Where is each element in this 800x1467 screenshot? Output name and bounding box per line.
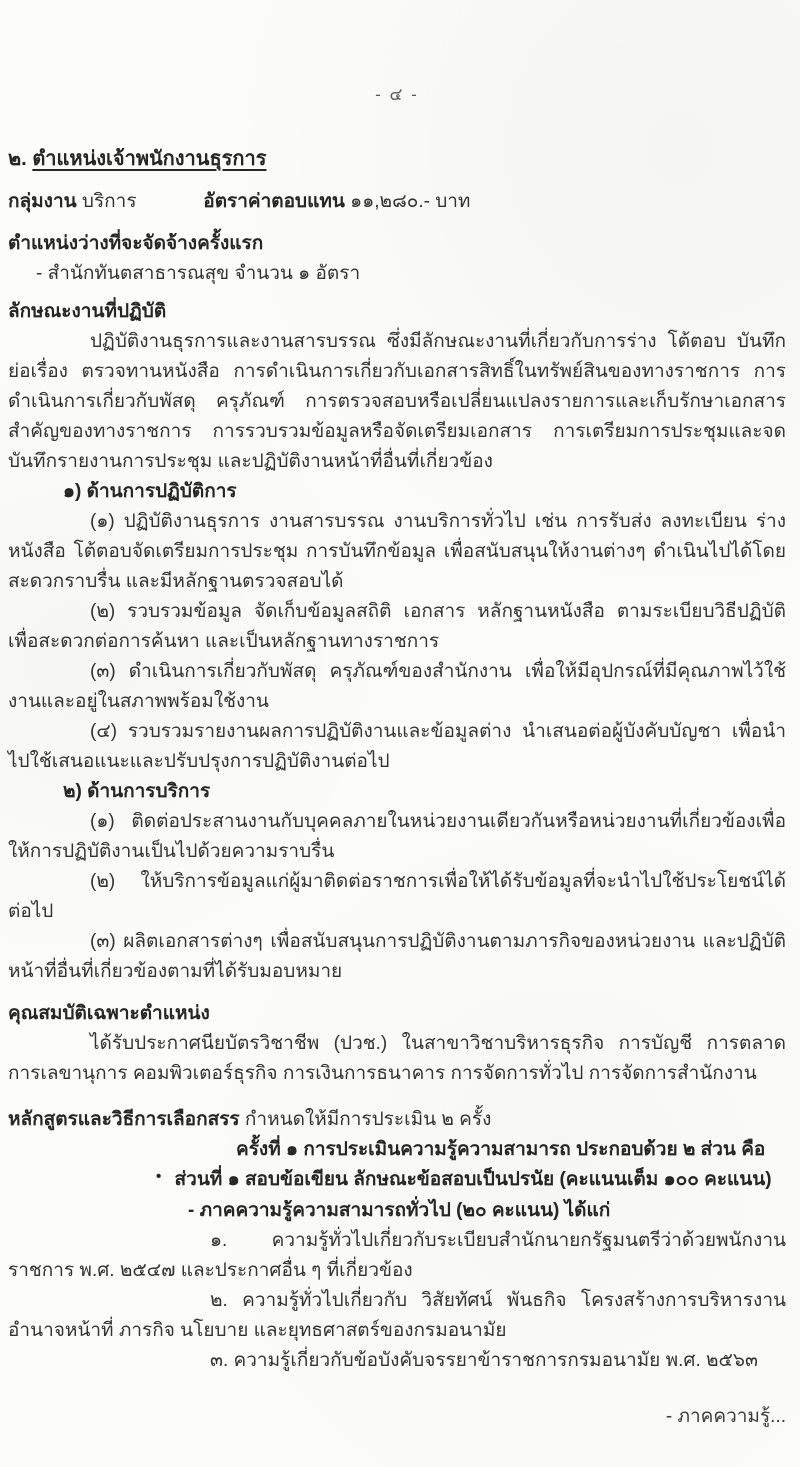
general-knowledge-line: - ภาคความรู้ความสามารถทั่วไป (๒๐ คะแนน) …	[8, 1196, 786, 1226]
duties-intro: ปฏิบัติงานธุรการและงานสารบรรณ ซึ่งมีลักษ…	[8, 327, 786, 477]
salary-value: ๑๑,๒๘๐.- บาท	[350, 191, 470, 212]
bullet-icon: •	[156, 1162, 161, 1192]
selection-heading: หลักสูตรและวิธีการเลือกสรร	[8, 1109, 240, 1130]
salary-label: อัตราค่าตอบแทน	[203, 191, 345, 212]
document-page: - ๔ - ๒. ตำแหน่งเจ้าพนักงานธุรการ กลุ่มง…	[0, 0, 800, 1467]
operational-duty-item: (๑) ปฏิบัติงานธุรการ งานสารบรรณ งานบริกา…	[8, 507, 786, 597]
qualification-heading: คุณสมบัติเฉพาะตำแหน่ง	[8, 999, 786, 1029]
page-number: - ๔ -	[8, 80, 786, 110]
continuation-note: - ภาคความรู้...	[8, 1402, 786, 1432]
operational-duty-item: (๓) ดำเนินการเกี่ยวกับพัสดุ ครุภัณฑ์ของส…	[8, 657, 786, 717]
work-group: กลุ่มงาน บริการ	[8, 187, 198, 217]
operational-duty-item: (๒) รวบรวมข้อมูล จัดเก็บข้อมูลสถิติ เอกส…	[8, 597, 786, 657]
position-heading-number: ๒.	[8, 148, 27, 170]
exam-topic-item: ๑. ความรู้ทั่วไปเกี่ยวกับระเบียบสำนักนาย…	[8, 1226, 786, 1286]
duties-heading: ลักษณะงานที่ปฏิบัติ	[8, 297, 786, 327]
selection-heading-tail: กำหนดให้มีการประเมิน ๒ ครั้ง	[245, 1109, 491, 1130]
service-duty-item: (๓) ผลิตเอกสารต่างๆ เพื่อสนับสนุนการปฏิบ…	[8, 927, 786, 987]
service-duty-item: (๒) ให้บริการข้อมูลแก่ผู้มาติดต่อราชการเ…	[8, 867, 786, 927]
vacancy-heading: ตำแหน่งว่างที่จะจัดจ้างครั้งแรก	[8, 229, 786, 259]
exam-topic-item: ๓. ความรู้เกี่ยวกับข้อบังคับจรรยาข้าราชก…	[8, 1346, 786, 1376]
service-section-heading: ๒) ด้านการบริการ	[8, 777, 786, 807]
operational-duty-item: (๔) รวบรวมรายงานผลการปฏิบัติงานและข้อมูล…	[8, 717, 786, 777]
salary: อัตราค่าตอบแทน ๑๑,๒๘๐.- บาท	[203, 191, 470, 212]
selection-heading-line: หลักสูตรและวิธีการเลือกสรร กำหนดให้มีการ…	[8, 1105, 786, 1135]
service-duty-item: (๑) ติดต่อประสานงานกับบุคคลภายในหน่วยงาน…	[8, 807, 786, 867]
exam-topic-item: ๒. ความรู้ทั่วไปเกี่ยวกับ วิสัยทัศน์ พัน…	[8, 1286, 786, 1346]
position-meta-line: กลุ่มงาน บริการ อัตราค่าตอบแทน ๑๑,๒๘๐.- …	[8, 187, 786, 217]
work-group-value: บริการ	[82, 191, 137, 212]
position-heading: ๒. ตำแหน่งเจ้าพนักงานธุรการ	[8, 144, 786, 174]
part1-text: ส่วนที่ ๑ สอบข้อเขียน ลักษณะข้อสอบเป็นปร…	[175, 1169, 772, 1190]
qualification-text: ได้รับประกาศนียบัตรวิชาชีพ (ปวช.) ในสาขา…	[8, 1029, 786, 1089]
part1-line: • ส่วนที่ ๑ สอบข้อเขียน ลักษณะข้อสอบเป็น…	[8, 1165, 786, 1196]
work-group-label: กลุ่มงาน	[8, 191, 77, 212]
vacancy-item: - สำนักทันตสาธารณสุข จำนวน ๑ อัตรา	[8, 259, 786, 289]
position-heading-title: ตำแหน่งเจ้าพนักงานธุรการ	[32, 148, 266, 170]
operational-section-heading: ๑) ด้านการปฏิบัติการ	[8, 477, 786, 507]
round1-line: ครั้งที่ ๑ การประเมินความรู้ความสามารถ ป…	[8, 1135, 786, 1165]
